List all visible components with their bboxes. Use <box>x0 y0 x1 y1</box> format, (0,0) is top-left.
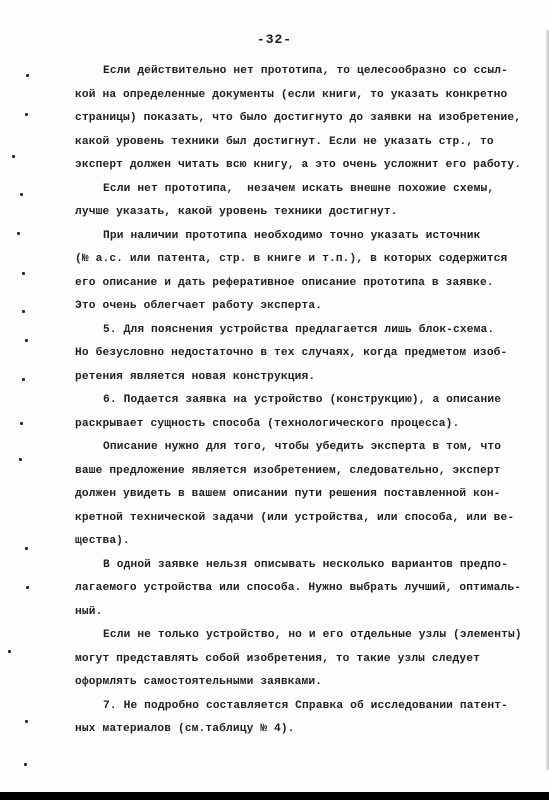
scan-speck <box>22 310 25 313</box>
text-line: При наличии прототипа необходимо точно у… <box>75 225 545 249</box>
scan-speck <box>20 193 23 196</box>
text-line: могут представлять собой изобретения, то… <box>75 648 545 672</box>
paragraph-with-prototype: При наличии прототипа необходимо точно у… <box>75 225 545 319</box>
text-line: эксперт должен читать всю книгу, а это о… <box>75 154 545 178</box>
paragraph-no-prototype-schemes: Если нет прототипа, незачем искать внешн… <box>75 178 545 225</box>
text-line: ный. <box>75 601 545 625</box>
text-line: щества). <box>75 530 545 554</box>
scan-speck <box>17 232 20 235</box>
text-line: Если не только устройство, но и его отде… <box>75 624 545 648</box>
paragraph-item-6: 6. Подается заявка на устройство (констр… <box>75 389 545 436</box>
text-line: Если действительно нет прототипа, то цел… <box>75 60 545 84</box>
text-line: оформлять самостоятельными заявками. <box>75 671 545 695</box>
text-line: Описание нужно для того, чтобы убедить э… <box>75 436 545 460</box>
text-line: какой уровень техники был достигнут. Есл… <box>75 131 545 155</box>
scan-speck <box>22 272 25 275</box>
page-edge-shadow <box>545 30 549 770</box>
scan-speck <box>25 547 28 550</box>
page-number: -32- <box>0 32 549 47</box>
paragraph-single-variant: В одной заявке нельзя описывать нескольк… <box>75 554 545 625</box>
scan-speck <box>25 720 28 723</box>
text-line: лучше указать, какой уровень техники дос… <box>75 201 545 225</box>
text-line: ных материалов (см.таблицу № 4). <box>75 718 545 742</box>
text-line: его описание и дать реферативное описани… <box>75 272 545 296</box>
scan-speck <box>20 422 23 425</box>
text-line: В одной заявке нельзя описывать нескольк… <box>75 554 545 578</box>
text-line: лагаемого устройства или способа. Нужно … <box>75 577 545 601</box>
scan-speck <box>25 113 28 116</box>
scan-speck <box>26 586 29 589</box>
text-line: кой на определенные документы (если книг… <box>75 84 545 108</box>
paragraph-no-prototype: Если действительно нет прототипа, то цел… <box>75 60 545 178</box>
paragraph-separate-nodes: Если не только устройство, но и его отде… <box>75 624 545 695</box>
text-line: страницы) показать, что было достигнуто … <box>75 107 545 131</box>
paragraph-item-7: 7. Не подробно составляется Справка об и… <box>75 695 545 742</box>
text-line: кретной технической задачи (или устройст… <box>75 507 545 531</box>
scan-speck <box>8 650 11 653</box>
text-line: (№ а.с. или патента, стр. в книге и т.п.… <box>75 248 545 272</box>
typed-text-body: Если действительно нет прототипа, то цел… <box>75 60 545 742</box>
paragraph-item-5: 5. Для пояснения устройства предлагается… <box>75 319 545 390</box>
text-line: ретения является новая конструкция. <box>75 366 545 390</box>
document-page: -32- Если действительно нет прототипа, т… <box>0 0 549 792</box>
paragraph-description-purpose: Описание нужно для того, чтобы убедить э… <box>75 436 545 554</box>
scan-speck <box>25 339 28 342</box>
text-line: 6. Подается заявка на устройство (констр… <box>75 389 545 413</box>
text-line: Это очень облегчает работу эксперта. <box>75 295 545 319</box>
text-line: Но безусловно недостаточно в тех случаях… <box>75 342 545 366</box>
scan-speck <box>19 458 22 461</box>
text-line: ваше предложение является изобретением, … <box>75 460 545 484</box>
text-line: 5. Для пояснения устройства предлагается… <box>75 319 545 343</box>
scan-bottom-border <box>0 792 549 800</box>
scan-speck <box>12 155 15 158</box>
text-line: Если нет прототипа, незачем искать внешн… <box>75 178 545 202</box>
text-line: 7. Не подробно составляется Справка об и… <box>75 695 545 719</box>
text-line: должен увидеть в вашем описании пути реш… <box>75 483 545 507</box>
scan-speck <box>26 74 29 77</box>
scan-speck <box>22 378 25 381</box>
text-line: раскрывает сущность способа (технологиче… <box>75 413 545 437</box>
scan-speck <box>24 763 27 766</box>
